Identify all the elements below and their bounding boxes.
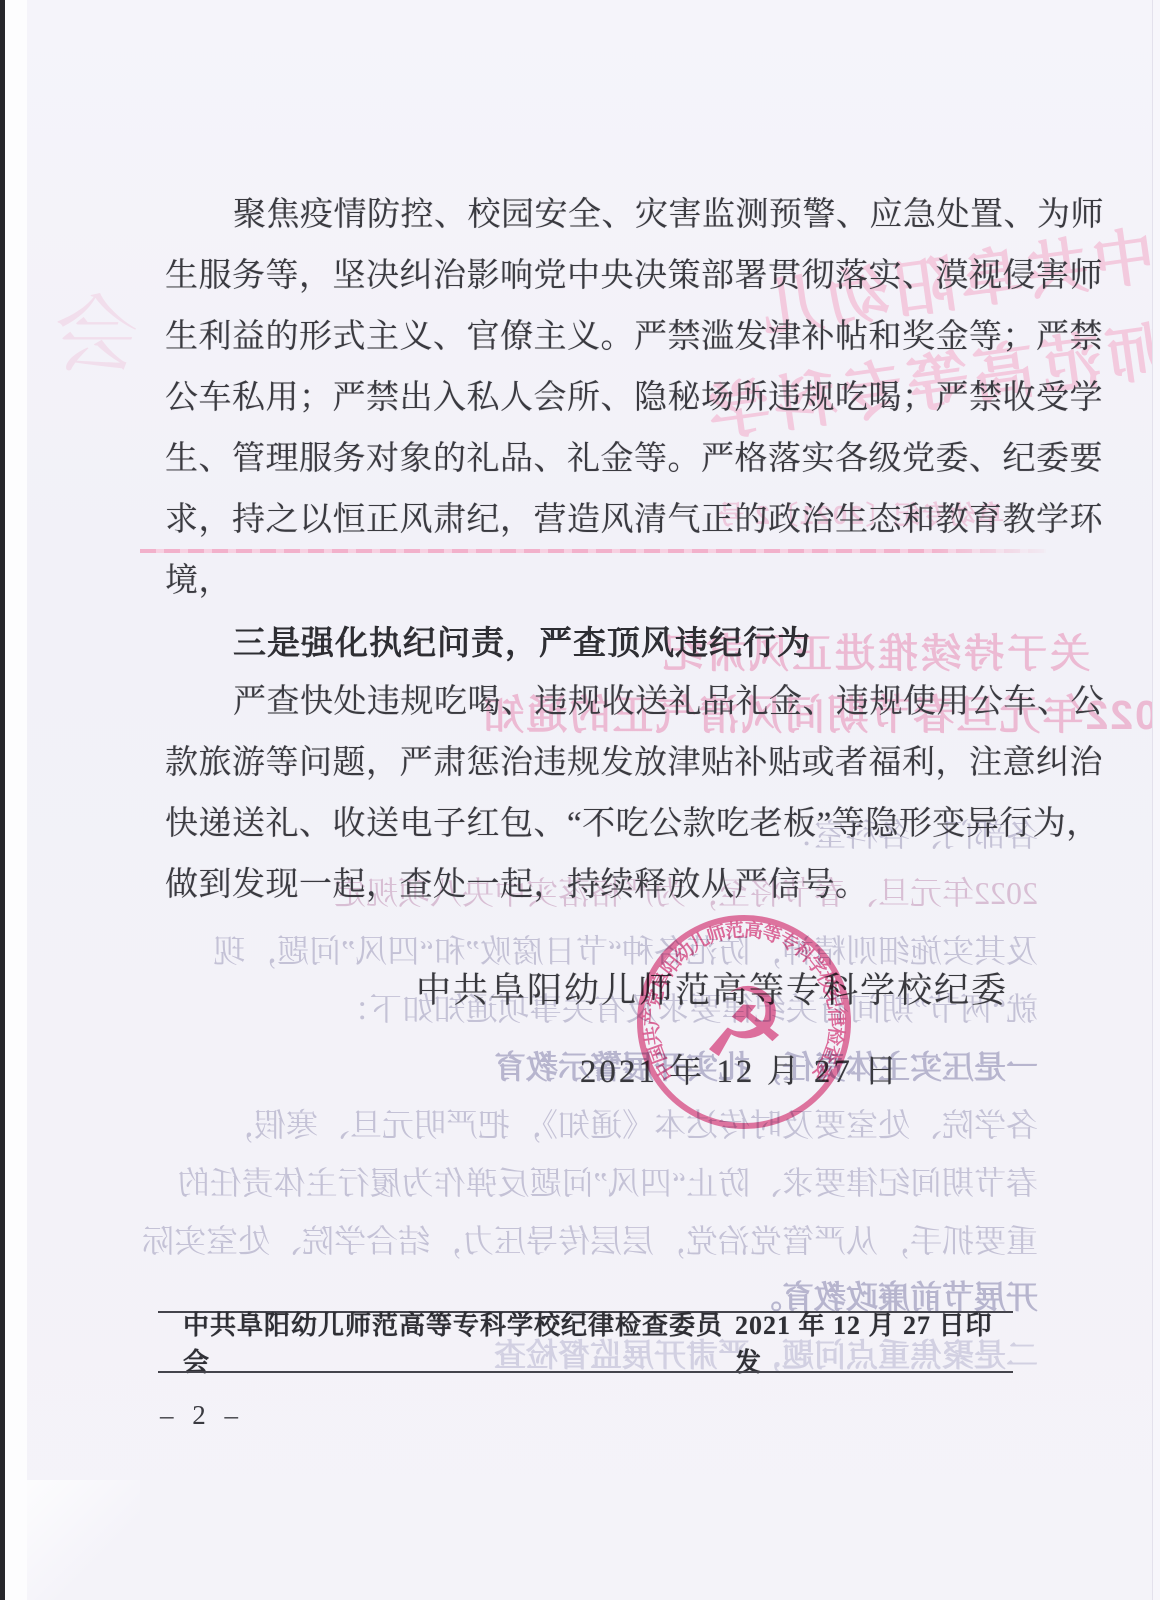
scanned-page: 中共阜阳幼儿 师范高等专科学 会 阜幼专纪〔2021〕2 号 关于持续推进正风肃… — [0, 0, 1160, 1600]
body-line: 款旅游等问题，严肃惩治违规发放津贴补贴或者福利，注意纠治 — [165, 733, 1045, 794]
body-line: 公车私用；严禁出入私人会所、隐秘场所违规吃喝；严禁收受学 — [165, 368, 1045, 429]
section-heading: 三是强化执纪问责，严查顶风违纪行为 — [165, 612, 1113, 673]
seal-hammer-sickle-emblem-icon: ☭ — [701, 967, 787, 1079]
footer: 中共阜阳幼儿师范高等专科学校纪律检查委员会 2021 年 12 月 27 日印发 — [183, 1322, 1012, 1362]
footer-issuer: 中共阜阳幼儿师范高等专科学校纪律检查委员会 — [183, 1305, 735, 1379]
body-line: 聚焦疫情防控、校园安全、灾害监测预警、应急处置、为师 — [165, 185, 1045, 246]
footer-print-date: 2021 年 12 月 27 日印发 — [735, 1305, 1012, 1379]
body-line: 严查快处违规吃喝、违规收送礼品礼金、违规使用公车、公 — [165, 672, 1045, 733]
paragraph-1: 聚焦疫情防控、校园安全、灾害监测预警、应急处置、为师 生服务等，坚决纠治影响党中… — [165, 185, 1045, 612]
body-line: 快递送礼、收送电子红包、“不吃公款吃老板”等隐形变异行为， — [165, 794, 1045, 855]
body-line: 生服务等，坚决纠治影响党中央决策部署贯彻落实、漠视侵害师 — [165, 246, 1045, 307]
page-number: – 2 – — [160, 1400, 244, 1431]
footer-rule-bottom — [158, 1371, 1013, 1373]
body-line: 求，持之以恒正风肃纪，营造风清气正的政治生态和教育教学环 — [165, 490, 1045, 551]
body-line: 生利益的形式主义、官僚主义。严禁滥发津补帖和奖金等；严禁 — [165, 307, 1045, 368]
scan-edge-white — [5, 0, 27, 1600]
official-seal: 中国共产党阜阳幼儿师范高等专科学校纪律检查委员会 ☭ — [622, 898, 866, 1150]
bleed-body-line: 重要抓手，从严管党治党，层层传导压力，结合学院、处室实际 — [118, 1212, 1038, 1270]
body-line: 生、管理服务对象的礼品、礼金等。严格落实各级党委、纪委要 — [165, 429, 1045, 490]
bleed-letterhead-tail: 会 — [55, 268, 139, 389]
bleed-body-line: 春节期间纪律要求、防止“四风”问题反弹作为履行主体责任的 — [118, 1154, 1038, 1212]
bleed-body-line: 各学院、处室要及时传达本《通知》，把严明元旦、寒假， — [118, 1096, 1106, 1154]
paper-right-edge — [1152, 0, 1160, 1600]
scan-edge-black — [0, 0, 5, 1600]
paragraph-2: 严查快处违规吃喝、违规收送礼品礼金、违规使用公车、公 款旅游等问题，严肃惩治违规… — [165, 672, 1045, 916]
body-line: 做到发现一起，查处一起，持续释放从严信号。 — [165, 855, 1045, 916]
body-line: 境， — [165, 551, 1045, 612]
